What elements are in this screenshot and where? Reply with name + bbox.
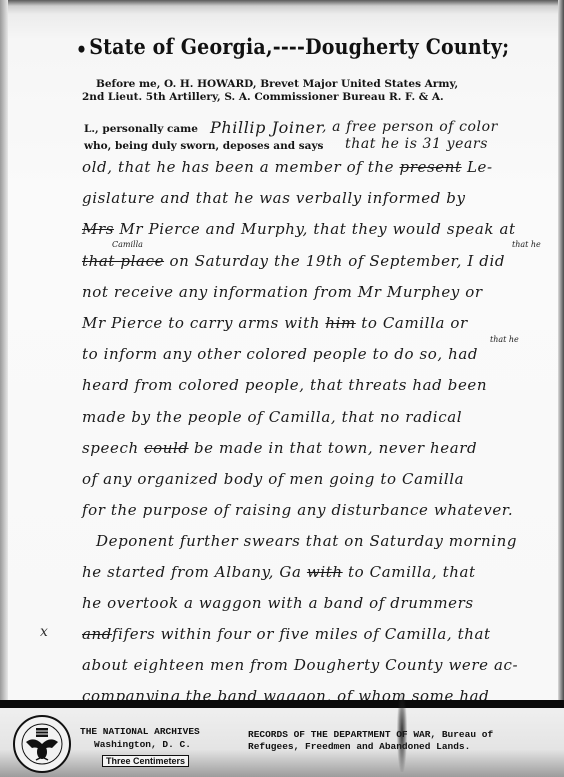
handwritten-line-16: he started from Albany, Ga with to Camil… — [82, 563, 476, 581]
handwritten-line-7: not receive any information from Mr Murp… — [82, 283, 483, 301]
handwritten-line-13: of any organized body of men going to Ca… — [82, 470, 464, 488]
handwritten-line-12: speech could be made in that town, never… — [82, 439, 477, 457]
archive-footer: THE NATIONAL ARCHIVES Washington, D. C. … — [0, 708, 564, 777]
line-text-after: be made in that town, never heard — [194, 439, 477, 457]
handwritten-line-14: for the purpose of raising any disturban… — [82, 501, 513, 519]
handwritten-line-17: he overtook a waggon with a band of drum… — [82, 594, 474, 612]
page-divider — [0, 700, 564, 708]
national-archives-seal-icon — [12, 714, 72, 774]
struck-text: and — [82, 625, 112, 643]
handwritten-line-10: heard from colored people, that threats … — [82, 376, 487, 394]
handwritten-line-8: Mr Pierce to carry arms with him to Cami… — [82, 314, 468, 332]
insertion-camilla: Camilla — [112, 240, 143, 249]
printed-line-2: 2nd Lieut. 5th Artillery, S. A. Commissi… — [82, 91, 444, 103]
handwritten-line-6: that place on Saturday the 19th of Septe… — [82, 252, 505, 270]
handwritten-line-3: old, that he has been a member of the pr… — [82, 158, 493, 176]
bullet-icon: ● — [78, 42, 85, 54]
struck-text: Mrs — [82, 220, 114, 238]
deponent-name: Phillip Joiner — [210, 118, 324, 137]
heading-text: State of Georgia,----Dougherty County; — [89, 34, 509, 59]
struck-text: could — [144, 439, 189, 457]
handwritten-line-20: companying the band waggon, of whom some… — [82, 687, 489, 700]
handwritten-line-2: that he is 31 years — [345, 136, 488, 152]
printed-line-1: Before me, O. H. HOWARD, Brevet Major Un… — [96, 78, 458, 90]
handwritten-line-18: andfifers within four or five miles of C… — [82, 625, 491, 643]
handwritten-line-4: gislature and that he was verbally infor… — [82, 189, 466, 207]
handwritten-line-15: Deponent further swears that on Saturday… — [96, 532, 517, 550]
document-heading: ●State of Georgia,----Dougherty County; — [78, 34, 509, 59]
line-text: Mr Pierce to carry arms with — [82, 314, 320, 332]
struck-text: him — [325, 314, 355, 332]
line-text-after: to Camilla, that — [348, 563, 476, 581]
archive-name: THE NATIONAL ARCHIVES — [80, 726, 200, 737]
line-text-after: Le- — [467, 158, 493, 176]
line-text: on Saturday the 19th of September, I did — [169, 252, 505, 270]
line-text: fifers within four or five miles of Cami… — [112, 625, 491, 643]
printed-line-3: L., personally came — [84, 123, 198, 135]
document-page: ●State of Georgia,----Dougherty County; … — [0, 0, 564, 700]
insertion-that-he-1: that he — [512, 240, 541, 249]
line-text: speech — [82, 439, 139, 457]
insertion-that-he-2: that he — [490, 335, 519, 344]
records-line-2: Refugees, Freedmen and Abandoned Lands. — [248, 741, 470, 752]
handwritten-line-11: made by the people of Camilla, that no r… — [82, 408, 462, 426]
ink-smudge — [397, 692, 407, 772]
margin-mark: x — [40, 624, 48, 640]
scale-ruler: Three Centimeters — [102, 755, 189, 767]
line-text: Mr Pierce and Murphy, that they would sp… — [119, 220, 515, 238]
line-text-after: to Camilla or — [361, 314, 468, 332]
struck-text: with — [307, 563, 343, 581]
handwritten-line-9: to inform any other colored people to do… — [82, 345, 478, 363]
records-line-1: RECORDS OF THE DEPARTMENT OF WAR, Bureau… — [248, 729, 493, 740]
printed-line-4: who, being duly sworn, deposes and says — [84, 140, 323, 152]
handwritten-line-19: about eighteen men from Dougherty County… — [82, 656, 518, 674]
archive-city: Washington, D. C. — [94, 739, 191, 750]
handwritten-line-1: , a free person of color — [322, 119, 498, 135]
struck-text: present — [400, 158, 462, 176]
line-text: old, that he has been a member of the — [82, 158, 394, 176]
handwritten-line-5: Mrs Mr Pierce and Murphy, that they woul… — [82, 220, 516, 238]
line-text: he started from Albany, Ga — [82, 563, 302, 581]
struck-text: that place — [82, 252, 164, 270]
